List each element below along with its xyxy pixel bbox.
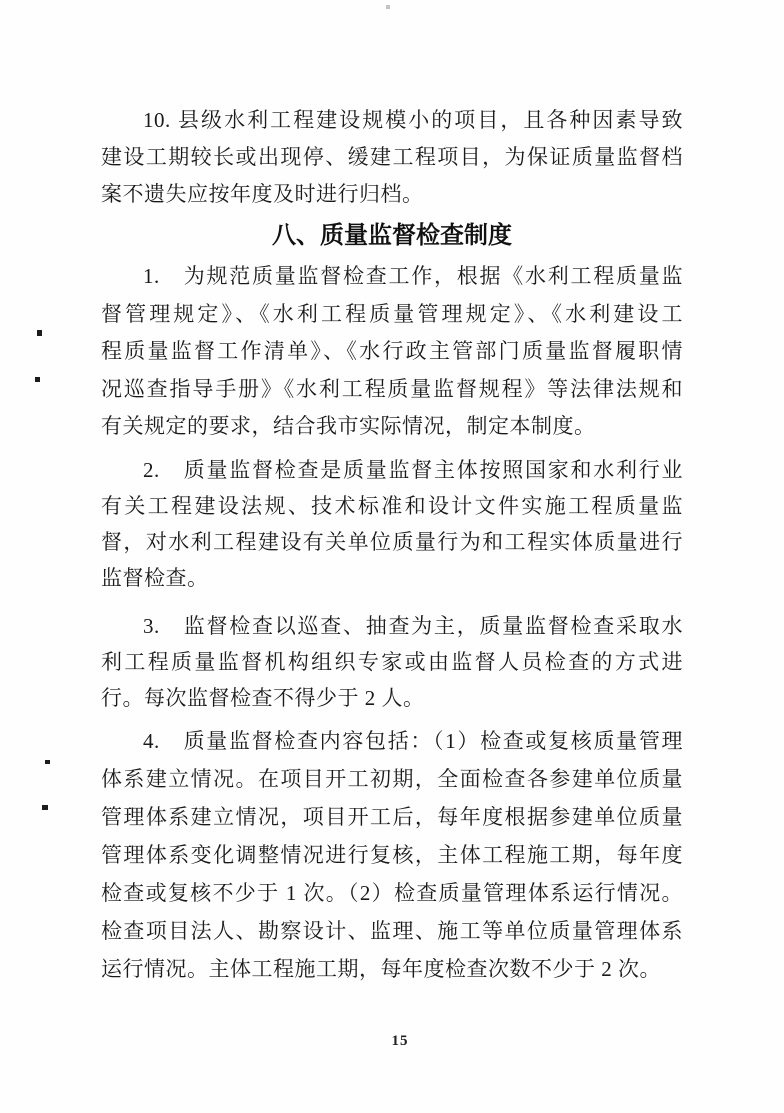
doc-line: 程质量监督工作清单》、《水行政主管部门质量监督履职情: [101, 333, 683, 371]
paragraph-item-2: 2. 质量监督检查是质量监督主体按照国家和水利行业 有关工程建设法规、技术标准和…: [101, 452, 683, 596]
doc-line: 利工程质量监督机构组织专家或由监督人员检查的方式进: [101, 644, 683, 680]
paragraph-item-10: 10. 县级水利工程建设规模小的项目，且各种因素导致 建设工期较长或出现停、缓建…: [101, 102, 683, 213]
doc-line: 监督检查。: [101, 560, 683, 596]
doc-line: 4. 质量监督检查内容包括：（1）检查或复核质量管理: [101, 722, 683, 760]
doc-line: 督管理规定》、《水利工程质量管理规定》、《水利建设工: [101, 296, 683, 334]
doc-line: 体系建立情况。在项目开工初期，全面检查各参建单位质量: [101, 760, 683, 798]
doc-line: 建设工期较长或出现停、缓建工程项目，为保证质量监督档: [101, 139, 683, 176]
doc-line: 3. 监督检查以巡查、抽查为主，质量监督检查采取水: [101, 608, 683, 644]
page-number: 15: [0, 1033, 784, 1050]
scan-speck: [37, 330, 42, 336]
doc-line: 案不遗失应按年度及时进行归档。: [101, 176, 683, 213]
doc-line: 检查项目法人、勘察设计、监理、施工等单位质量管理体系: [101, 912, 683, 950]
paragraph-item-4: 4. 质量监督检查内容包括：（1）检查或复核质量管理 体系建立情况。在项目开工初…: [101, 722, 683, 988]
paragraph-item-1: 1. 为规范质量监督检查工作，根据《水利工程质量监 督管理规定》、《水利工程质量…: [101, 258, 683, 446]
scanned-document-page: 10. 县级水利工程建设规模小的项目，且各种因素导致 建设工期较长或出现停、缓建…: [0, 0, 784, 1113]
doc-line: 行。每次监督检查不得少于 2 人。: [101, 680, 683, 716]
section-heading: 八、质量监督检查制度: [101, 222, 683, 250]
doc-line: 检查或复核不少于 1 次。（2）检查质量管理体系运行情况。: [101, 874, 683, 912]
doc-line: 况巡查指导手册》《水利工程质量监督规程》等法律法规和: [101, 371, 683, 409]
doc-line: 1. 为规范质量监督检查工作，根据《水利工程质量监: [101, 258, 683, 296]
scan-speck: [45, 760, 50, 764]
doc-line: 管理体系建立情况，项目开工后，每年度根据参建单位质量: [101, 798, 683, 836]
doc-line: 管理体系变化调整情况进行复核，主体工程施工期，每年度: [101, 836, 683, 874]
doc-line: 督，对水利工程建设有关单位质量行为和工程实体质量进行: [101, 524, 683, 560]
doc-line: 10. 县级水利工程建设规模小的项目，且各种因素导致: [101, 102, 683, 139]
doc-line: 有关工程建设法规、技术标准和设计文件实施工程质量监: [101, 488, 683, 524]
scan-speck: [35, 377, 40, 382]
scan-speck: [386, 5, 390, 9]
doc-line: 运行情况。主体工程施工期，每年度检查次数不少于 2 次。: [101, 950, 683, 988]
paragraph-item-3: 3. 监督检查以巡查、抽查为主，质量监督检查采取水 利工程质量监督机构组织专家或…: [101, 608, 683, 716]
doc-line: 有关规定的要求，结合我市实际情况，制定本制度。: [101, 408, 683, 446]
doc-line: 2. 质量监督检查是质量监督主体按照国家和水利行业: [101, 452, 683, 488]
scan-speck: [42, 805, 48, 810]
